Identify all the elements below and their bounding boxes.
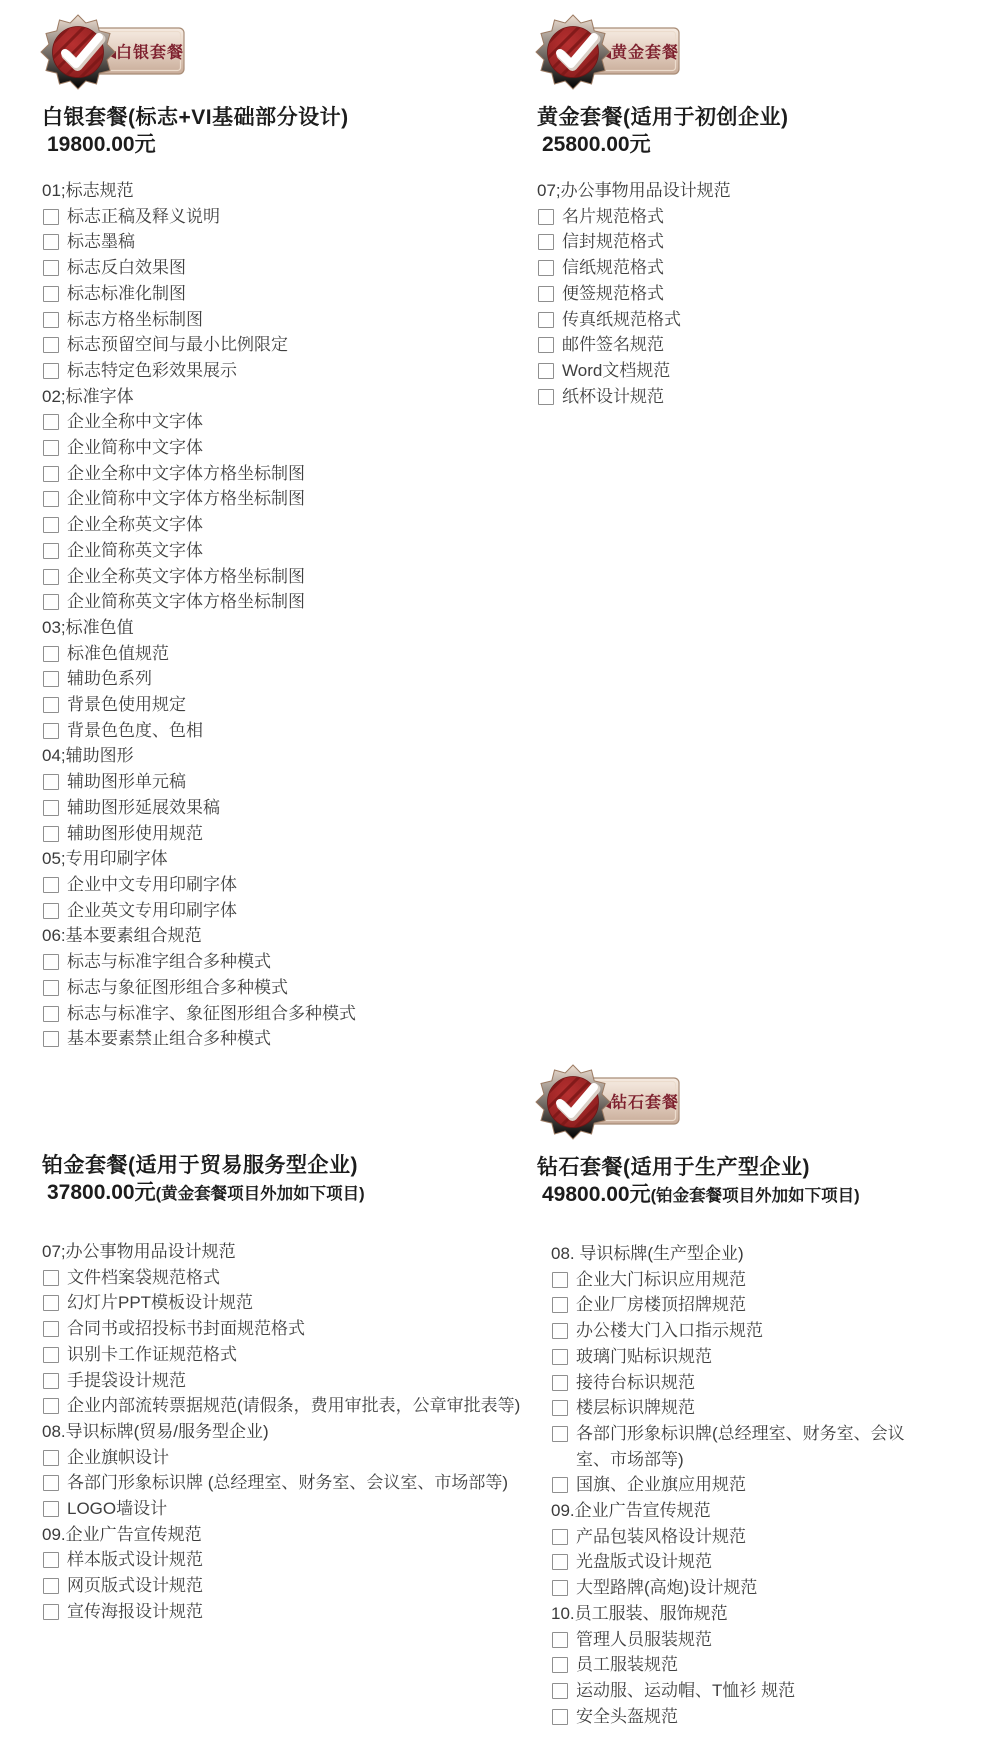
item-label: 企业大门标识应用规范 xyxy=(576,1267,916,1293)
checkbox-icon[interactable] xyxy=(43,774,59,790)
checklist-item: 辅助图形使用规范 xyxy=(42,821,528,847)
item-label: 背景色使用规定 xyxy=(67,692,528,718)
checklist-item: Word文档规范 xyxy=(537,358,987,384)
item-label: 合同书或招投标书封面规范格式 xyxy=(67,1316,542,1342)
item-label: 企业简称英文字体 xyxy=(67,538,528,564)
item-label: 接待台标识规范 xyxy=(576,1370,916,1396)
checkbox-icon[interactable] xyxy=(552,1657,568,1673)
checklist-item: 识别卡工作证规范格式 xyxy=(42,1342,542,1368)
package-title: 白银套餐(标志+VI基础部分设计) xyxy=(42,104,528,131)
item-label: 背景色色度、色相 xyxy=(67,718,528,744)
item-label: 国旗、企业旗应用规范 xyxy=(576,1472,916,1498)
item-label: 文件档案袋规范格式 xyxy=(67,1265,542,1291)
diamond-checklist: 08. 导识标牌(生产型企业)企业大门标识应用规范企业厂房楼顶招牌规范办公楼大门… xyxy=(537,1241,916,1729)
list-group-header: 04;辅助图形 xyxy=(42,743,528,769)
item-label: 信封规范格式 xyxy=(562,229,987,255)
item-label: 光盘版式设计规范 xyxy=(576,1549,916,1575)
checkbox-icon[interactable] xyxy=(552,1375,568,1391)
checklist-item: 接待台标识规范 xyxy=(551,1370,916,1396)
item-label: 标志预留空间与最小比例限定 xyxy=(67,332,528,358)
list-group-header: 05;专用印刷字体 xyxy=(42,846,528,872)
checklist-item: 大型路牌(高炮)设计规范 xyxy=(551,1575,916,1601)
checkbox-icon[interactable] xyxy=(43,1347,59,1363)
price-list-page: 白银套餐 白银套餐(标志+VI基础部分设计) 19800.00元 01;标志规范… xyxy=(0,0,1000,1750)
checkbox-icon[interactable] xyxy=(43,260,59,276)
checklist-item: 样本版式设计规范 xyxy=(42,1547,542,1573)
checklist-item: 企业内部流转票据规范(请假条，费用审批表，公章审批表等) xyxy=(42,1393,542,1419)
package-title: 铂金套餐(适用于贸易服务型企业) xyxy=(42,1152,542,1179)
checkbox-icon[interactable] xyxy=(552,1683,568,1699)
package-price: 49800.00元(铂金套餐项目外加如下项目) xyxy=(537,1181,987,1210)
checkbox-icon[interactable] xyxy=(43,286,59,302)
gold-checklist: 07;办公事物用品设计规范名片规范格式信封规范格式信纸规范格式便签规范格式传真纸… xyxy=(537,178,987,409)
checklist-item: 楼层标识牌规范 xyxy=(551,1395,916,1421)
checklist-item: 玻璃门贴标识规范 xyxy=(551,1344,916,1370)
checklist-item: 标志与标准字、象征图形组合多种模式 xyxy=(42,1001,528,1027)
checkbox-icon[interactable] xyxy=(43,1270,59,1286)
checkbox-icon[interactable] xyxy=(43,1475,59,1491)
section-silver-package: 白银套餐 白银套餐(标志+VI基础部分设计) 19800.00元 01;标志规范… xyxy=(42,8,528,1052)
checklist-item: 管理人员服装规范 xyxy=(551,1627,916,1653)
item-label: 员工服装规范 xyxy=(576,1652,916,1678)
package-title: 黄金套餐(适用于初创企业) xyxy=(537,104,987,131)
checklist-item: 标志正稿及释义说明 xyxy=(42,204,528,230)
badge-label: 钻石套餐 xyxy=(610,1093,679,1112)
price-note: (黄金套餐项目外加如下项目) xyxy=(156,1185,365,1203)
checkbox-icon[interactable] xyxy=(43,440,59,456)
checkbox-icon[interactable] xyxy=(43,1321,59,1337)
item-label: 标志与标准字、象征图形组合多种模式 xyxy=(67,1001,528,1027)
item-label: 企业全称英文字体方格坐标制图 xyxy=(67,564,528,590)
item-label: Word文档规范 xyxy=(562,358,987,384)
item-label: 企业简称英文字体方格坐标制图 xyxy=(67,589,528,615)
item-label: 基本要素禁止组合多种模式 xyxy=(67,1026,528,1052)
checkbox-icon[interactable] xyxy=(43,414,59,430)
item-label: 09.企业广告宣传规范 xyxy=(551,1498,916,1524)
checklist-item: 辅助色系列 xyxy=(42,666,528,692)
checklist-item: 网页版式设计规范 xyxy=(42,1573,542,1599)
item-label: 标志正稿及释义说明 xyxy=(67,204,528,230)
checklist-item: 安全头盔规范 xyxy=(551,1704,916,1730)
checkbox-icon[interactable] xyxy=(43,954,59,970)
checkbox-icon[interactable] xyxy=(552,1580,568,1596)
checkbox-icon[interactable] xyxy=(43,671,59,687)
item-label: 大型路牌(高炮)设计规范 xyxy=(576,1575,916,1601)
item-label: 楼层标识牌规范 xyxy=(576,1395,916,1421)
item-label: 辅助图形延展效果稿 xyxy=(67,795,528,821)
checklist-item: 标志与标准字组合多种模式 xyxy=(42,949,528,975)
checkbox-icon[interactable] xyxy=(538,286,554,302)
checklist-item: 标志反白效果图 xyxy=(42,255,528,281)
item-label: 玻璃门贴标识规范 xyxy=(576,1344,916,1370)
checklist-item: 企业全称中文字体 xyxy=(42,409,528,435)
checkbox-icon[interactable] xyxy=(43,337,59,353)
checklist-item: 合同书或招投标书封面规范格式 xyxy=(42,1316,542,1342)
item-label: 标志方格坐标制图 xyxy=(67,307,528,333)
item-label: 幻灯片PPT模板设计规范 xyxy=(67,1290,542,1316)
checkbox-icon[interactable] xyxy=(43,312,59,328)
item-label: 辅助图形单元稿 xyxy=(67,769,528,795)
price-value: 49800.00元 xyxy=(542,1183,651,1206)
badge-label: 白银套餐 xyxy=(116,43,184,62)
checklist-item: 幻灯片PPT模板设计规范 xyxy=(42,1290,542,1316)
item-label: 标志与标准字组合多种模式 xyxy=(67,949,528,975)
price-note: (铂金套餐项目外加如下项目) xyxy=(651,1187,860,1205)
item-label: 产品包装风格设计规范 xyxy=(576,1524,916,1550)
item-label: 企业内部流转票据规范(请假条，费用审批表，公章审批表等) xyxy=(67,1393,542,1419)
price-value: 25800.00元 xyxy=(542,133,651,156)
checklist-item: 标志特定色彩效果展示 xyxy=(42,358,528,384)
list-group-header: 09.企业广告宣传规范 xyxy=(42,1522,542,1548)
checklist-item: 便签规范格式 xyxy=(537,281,987,307)
checklist-item: 企业全称中文字体方格坐标制图 xyxy=(42,461,528,487)
item-label: 05;专用印刷字体 xyxy=(42,846,528,872)
checkbox-icon[interactable] xyxy=(43,569,59,585)
item-label: 管理人员服装规范 xyxy=(576,1627,916,1653)
section-platinum-package: 铂金套餐(适用于贸易服务型企业) 37800.00元(黄金套餐项目外加如下项目)… xyxy=(42,1148,542,1625)
badge-starburst-seal-icon xyxy=(536,1064,613,1139)
checklist-item: 宣传海报设计规范 xyxy=(42,1599,542,1625)
checklist-item: 文件档案袋规范格式 xyxy=(42,1265,542,1291)
item-label: 01;标志规范 xyxy=(42,178,528,204)
silver-checklist: 01;标志规范标志正稿及释义说明标志墨稿标志反白效果图标志标准化制图标志方格坐标… xyxy=(42,178,528,1052)
checklist-item: 产品包装风格设计规范 xyxy=(551,1524,916,1550)
item-label: 07;办公事物用品设计规范 xyxy=(537,178,987,204)
list-group-header: 03;标准色值 xyxy=(42,615,528,641)
list-group-header: 06:基本要素组合规范 xyxy=(42,923,528,949)
list-group-header: 09.企业广告宣传规范 xyxy=(551,1498,916,1524)
item-label: 08.导识标牌(贸易/服务型企业) xyxy=(42,1419,542,1445)
checklist-item: 员工服装规范 xyxy=(551,1652,916,1678)
checkbox-icon[interactable] xyxy=(43,466,59,482)
checkbox-icon[interactable] xyxy=(43,1295,59,1311)
checklist-item: 各部门形象标识牌(总经理室、财务室、会议室、市场部等) xyxy=(551,1421,916,1472)
item-label: 识别卡工作证规范格式 xyxy=(67,1342,542,1368)
checklist-item: 名片规范格式 xyxy=(537,204,987,230)
item-label: 传真纸规范格式 xyxy=(562,307,987,333)
checklist-item: 光盘版式设计规范 xyxy=(551,1549,916,1575)
item-label: 03;标准色值 xyxy=(42,615,528,641)
checkbox-icon[interactable] xyxy=(43,594,59,610)
checklist-item: 标准色值规范 xyxy=(42,641,528,667)
checkbox-icon[interactable] xyxy=(552,1272,568,1288)
item-label: 各部门形象标识牌 (总经理室、财务室、会议室、市场部等) xyxy=(67,1470,542,1496)
checkbox-icon[interactable] xyxy=(43,697,59,713)
diamond-package-seal-badge: 钻石套餐 xyxy=(533,1058,683,1148)
checklist-item: 辅助图形单元稿 xyxy=(42,769,528,795)
checklist-item: 标志方格坐标制图 xyxy=(42,307,528,333)
item-label: 标志特定色彩效果展示 xyxy=(67,358,528,384)
item-label: 企业厂房楼顶招牌规范 xyxy=(576,1292,916,1318)
package-price: 37800.00元(黄金套餐项目外加如下项目) xyxy=(42,1179,542,1208)
checkbox-icon[interactable] xyxy=(43,646,59,662)
checkbox-icon[interactable] xyxy=(43,800,59,816)
item-label: 企业英文专用印刷字体 xyxy=(67,898,528,924)
item-label: 宣传海报设计规范 xyxy=(67,1599,542,1625)
item-label: 辅助色系列 xyxy=(67,666,528,692)
item-label: 企业中文专用印刷字体 xyxy=(67,872,528,898)
checkbox-icon[interactable] xyxy=(43,543,59,559)
item-label: 名片规范格式 xyxy=(562,204,987,230)
checkbox-icon[interactable] xyxy=(538,337,554,353)
checkbox-icon[interactable] xyxy=(43,1006,59,1022)
checkbox-icon[interactable] xyxy=(43,1398,59,1414)
checkbox-icon[interactable] xyxy=(43,517,59,533)
list-group-header: 10.员工服装、服饰规范 xyxy=(551,1601,916,1627)
checklist-item: 背景色使用规定 xyxy=(42,692,528,718)
checkbox-icon[interactable] xyxy=(43,1031,59,1047)
checklist-item: 企业旗帜设计 xyxy=(42,1445,542,1471)
package-price: 25800.00元 xyxy=(537,131,987,160)
item-label: 各部门形象标识牌(总经理室、财务室、会议室、市场部等) xyxy=(576,1421,916,1472)
item-label: 标志墨稿 xyxy=(67,229,528,255)
section-gold-package: 黄金套餐 黄金套餐(适用于初创企业) 25800.00元 07;办公事物用品设计… xyxy=(537,8,987,409)
checklist-item: 企业英文专用印刷字体 xyxy=(42,898,528,924)
checkbox-icon[interactable] xyxy=(538,312,554,328)
list-group-header: 08.导识标牌(贸易/服务型企业) xyxy=(42,1419,542,1445)
list-group-header: 08. 导识标牌(生产型企业) xyxy=(551,1241,916,1267)
checklist-item: 手提袋设计规范 xyxy=(42,1368,542,1394)
checkbox-icon[interactable] xyxy=(43,1578,59,1594)
checklist-item: 企业全称英文字体方格坐标制图 xyxy=(42,564,528,590)
item-label: 辅助图形使用规范 xyxy=(67,821,528,847)
checkbox-icon[interactable] xyxy=(552,1632,568,1648)
price-value: 37800.00元 xyxy=(47,1181,156,1204)
checklist-item: 企业厂房楼顶招牌规范 xyxy=(551,1292,916,1318)
badge-starburst-seal-icon xyxy=(41,14,118,89)
item-label: 企业全称中文字体 xyxy=(67,409,528,435)
item-label: 标志标准化制图 xyxy=(67,281,528,307)
checkbox-icon[interactable] xyxy=(552,1554,568,1570)
checkbox-icon[interactable] xyxy=(43,826,59,842)
item-label: 10.员工服装、服饰规范 xyxy=(551,1601,916,1627)
checkbox-icon[interactable] xyxy=(43,1373,59,1389)
checklist-item: 基本要素禁止组合多种模式 xyxy=(42,1026,528,1052)
item-label: 安全头盔规范 xyxy=(576,1704,916,1730)
item-label: 07;办公事物用品设计规范 xyxy=(42,1239,542,1265)
item-label: 企业旗帜设计 xyxy=(67,1445,542,1471)
gold-package-seal-badge: 黄金套餐 xyxy=(533,8,683,98)
checkbox-icon[interactable] xyxy=(43,1501,59,1517)
item-label: 04;辅助图形 xyxy=(42,743,528,769)
checklist-item: 传真纸规范格式 xyxy=(537,307,987,333)
checkbox-icon[interactable] xyxy=(538,234,554,250)
list-group-header: 07;办公事物用品设计规范 xyxy=(42,1239,542,1265)
item-label: 标志与象征图形组合多种模式 xyxy=(67,975,528,1001)
checkbox-icon[interactable] xyxy=(552,1349,568,1365)
item-label: 企业简称中文字体方格坐标制图 xyxy=(67,486,528,512)
checkbox-icon[interactable] xyxy=(538,209,554,225)
item-label: 标准色值规范 xyxy=(67,641,528,667)
checkbox-icon[interactable] xyxy=(43,234,59,250)
item-label: 运动服、运动帽、T恤衫 规范 xyxy=(576,1678,916,1704)
checkbox-icon[interactable] xyxy=(538,389,554,405)
item-label: 企业简称中文字体 xyxy=(67,435,528,461)
checklist-item: 标志与象征图形组合多种模式 xyxy=(42,975,528,1001)
checkbox-icon[interactable] xyxy=(43,903,59,919)
item-label: 纸杯设计规范 xyxy=(562,384,987,410)
checkbox-icon[interactable] xyxy=(552,1297,568,1313)
item-label: LOGO墙设计 xyxy=(67,1496,542,1522)
checkbox-icon[interactable] xyxy=(43,491,59,507)
checklist-item: 企业简称中文字体方格坐标制图 xyxy=(42,486,528,512)
checklist-item: 信封规范格式 xyxy=(537,229,987,255)
item-label: 便签规范格式 xyxy=(562,281,987,307)
checkbox-icon[interactable] xyxy=(43,1450,59,1466)
checkbox-icon[interactable] xyxy=(43,209,59,225)
checklist-item: 标志墨稿 xyxy=(42,229,528,255)
item-label: 企业全称中文字体方格坐标制图 xyxy=(67,461,528,487)
checkbox-icon[interactable] xyxy=(43,363,59,379)
checkbox-icon[interactable] xyxy=(552,1709,568,1725)
checklist-item: 辅助图形延展效果稿 xyxy=(42,795,528,821)
checklist-item: 背景色色度、色相 xyxy=(42,718,528,744)
checkbox-icon[interactable] xyxy=(43,877,59,893)
checklist-item: 各部门形象标识牌 (总经理室、财务室、会议室、市场部等) xyxy=(42,1470,542,1496)
checklist-item: 标志预留空间与最小比例限定 xyxy=(42,332,528,358)
checklist-item: 企业全称英文字体 xyxy=(42,512,528,538)
checklist-item: 信纸规范格式 xyxy=(537,255,987,281)
checkbox-icon[interactable] xyxy=(43,723,59,739)
silver-package-seal-badge: 白银套餐 xyxy=(38,8,188,98)
checkbox-icon[interactable] xyxy=(538,363,554,379)
price-value: 19800.00元 xyxy=(47,133,156,156)
checkbox-icon[interactable] xyxy=(43,1604,59,1620)
checkbox-icon[interactable] xyxy=(43,980,59,996)
checkbox-icon[interactable] xyxy=(538,260,554,276)
checklist-item: 企业简称英文字体 xyxy=(42,538,528,564)
badge-starburst-seal-icon xyxy=(536,14,613,89)
item-label: 邮件签名规范 xyxy=(562,332,987,358)
checkbox-icon[interactable] xyxy=(552,1400,568,1416)
checklist-item: LOGO墙设计 xyxy=(42,1496,542,1522)
checkbox-icon[interactable] xyxy=(552,1426,568,1442)
item-label: 标志反白效果图 xyxy=(67,255,528,281)
item-label: 信纸规范格式 xyxy=(562,255,987,281)
item-label: 手提袋设计规范 xyxy=(67,1368,542,1394)
checklist-item: 运动服、运动帽、T恤衫 规范 xyxy=(551,1678,916,1704)
checkbox-icon[interactable] xyxy=(552,1323,568,1339)
checklist-item: 企业简称英文字体方格坐标制图 xyxy=(42,589,528,615)
item-label: 样本版式设计规范 xyxy=(67,1547,542,1573)
item-label: 02;标准字体 xyxy=(42,384,528,410)
item-label: 09.企业广告宣传规范 xyxy=(42,1522,542,1548)
checklist-item: 国旗、企业旗应用规范 xyxy=(551,1472,916,1498)
checklist-item: 办公楼大门入口指示规范 xyxy=(551,1318,916,1344)
item-label: 办公楼大门入口指示规范 xyxy=(576,1318,916,1344)
list-group-header: 02;标准字体 xyxy=(42,384,528,410)
item-label: 网页版式设计规范 xyxy=(67,1573,542,1599)
item-label: 08. 导识标牌(生产型企业) xyxy=(551,1241,916,1267)
package-price: 19800.00元 xyxy=(42,131,528,160)
checklist-item: 标志标准化制图 xyxy=(42,281,528,307)
badge-label: 黄金套餐 xyxy=(611,43,679,62)
platinum-checklist: 07;办公事物用品设计规范文件档案袋规范格式幻灯片PPT模板设计规范合同书或招投… xyxy=(42,1239,542,1625)
checklist-item: 企业中文专用印刷字体 xyxy=(42,872,528,898)
checkbox-icon[interactable] xyxy=(43,1552,59,1568)
section-diamond-package: 钻石套餐 钻石套餐(适用于生产型企业) 49800.00元(铂金套餐项目外加如下… xyxy=(537,1058,987,1729)
checklist-item: 纸杯设计规范 xyxy=(537,384,987,410)
checklist-item: 邮件签名规范 xyxy=(537,332,987,358)
checklist-item: 企业简称中文字体 xyxy=(42,435,528,461)
list-group-header: 07;办公事物用品设计规范 xyxy=(537,178,987,204)
list-group-header: 01;标志规范 xyxy=(42,178,528,204)
item-label: 06:基本要素组合规范 xyxy=(42,923,528,949)
checkbox-icon[interactable] xyxy=(552,1529,568,1545)
package-title: 钻石套餐(适用于生产型企业) xyxy=(537,1154,987,1181)
item-label: 企业全称英文字体 xyxy=(67,512,528,538)
checklist-item: 企业大门标识应用规范 xyxy=(551,1267,916,1293)
checkbox-icon[interactable] xyxy=(552,1477,568,1493)
